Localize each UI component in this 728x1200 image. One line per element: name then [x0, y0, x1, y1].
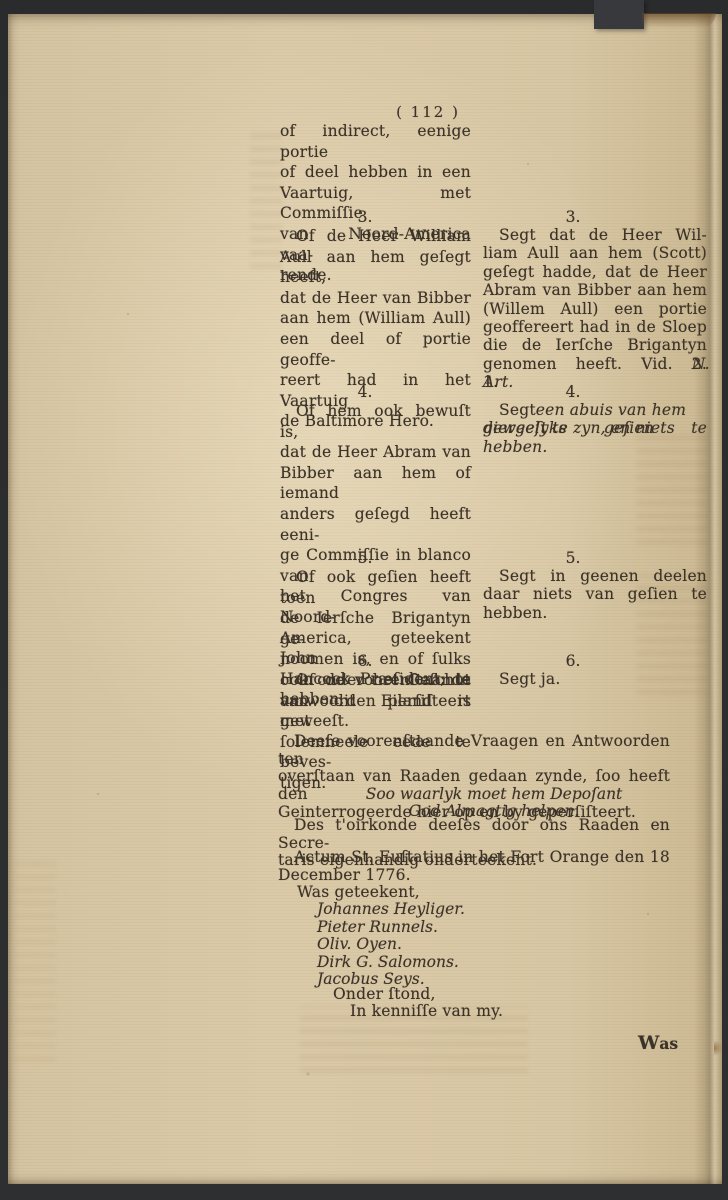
text-line: Aull aan hem geſegt heeft,: [280, 247, 471, 288]
answer-text: Segt een abuis van hemgeweeſt te zyn, en…: [483, 401, 707, 419]
text-line: December 1776.: [278, 867, 670, 885]
signature-list: Johannes Heyliger.Pieter Runnels.Oliv. O…: [317, 901, 597, 989]
show-through-text: [14, 859, 56, 1069]
text-line: Pieter Runnels.: [317, 919, 597, 937]
answer-text: Segt in geenen deelendaar niets van geſi…: [483, 567, 707, 622]
question-number: 4.: [280, 383, 450, 401]
text-line: dat de Heer Abram van: [280, 442, 471, 463]
text-line: geoffereert had in de Sloep: [483, 318, 707, 336]
answer-text: Segt dat de Heer Wil-liam Aull aan hem (…: [483, 226, 707, 392]
onder-stond-label: Onder ſtond,: [333, 985, 436, 1003]
text-line: Dirk G. Salomons.: [317, 954, 597, 972]
answer-number: 5.: [483, 549, 663, 567]
answer-number: 4.: [483, 383, 663, 401]
text-line: of indirect, eenige portie: [280, 121, 471, 162]
italic-text: diergelyks geſien te hebben.: [483, 419, 707, 456]
page-edge-mark: [714, 1040, 723, 1056]
page-curl-shadow: [642, 13, 716, 28]
text-line: Segt een abuis van hem: [483, 401, 707, 419]
text-line: daar niets van geſien te: [483, 585, 707, 603]
question-number: 5.: [280, 549, 450, 567]
answer-number: 3.: [483, 208, 663, 226]
text-line: Oliv. Oyen.: [317, 936, 597, 954]
show-through-text: [250, 126, 282, 276]
text-line: Of de Heer William: [280, 226, 471, 247]
page-number: ( 112 ): [258, 103, 598, 121]
text-line: anders geſegd heeft eeni-: [280, 504, 471, 545]
text-line: Of hem ook bewuſt is,: [280, 401, 471, 442]
text-line: Of de voorenſtaande: [280, 670, 471, 691]
text-line: een deel of portie geoffe-: [280, 329, 471, 370]
text-line: Deeſe voorenſtaande Vraagen en Antwoorde…: [278, 733, 670, 768]
text-line: Soo waarlyk moet hem Depoſant: [287, 786, 701, 803]
answer-text: Segt ja.: [483, 670, 707, 688]
text-line: Abram van Bibber aan hem: [483, 281, 707, 299]
in-kennisse-label: In kenniſſe van my.: [350, 1002, 503, 1020]
text-line: genomen heeft. Vid. N. 2.: [483, 355, 707, 373]
text-line: Segt ja.: [483, 670, 707, 688]
page-fold-shadow: [694, 14, 722, 1184]
text-line: Segt dat de Heer Wil-: [483, 226, 707, 244]
scanner-clip: [594, 0, 644, 29]
answer-number: 6.: [483, 652, 663, 670]
italic-text: een abuis van hem: [536, 401, 686, 419]
actum-paragraph: Actum St. Euſtatius in het Fort Orange d…: [278, 849, 670, 884]
text-line: Johannes Heyliger.: [317, 901, 597, 919]
text-line: de Ierſche Brigantyn ge-: [280, 608, 471, 649]
oath-text: Soo waarlyk moet hem DepoſantGod Almagti…: [287, 786, 701, 820]
text-line: hebben.: [483, 604, 707, 622]
text-line: Bibber aan hem of iemand: [280, 463, 471, 504]
question-number: 6.: [280, 652, 450, 670]
text-line: of deel hebben in een: [280, 162, 471, 183]
book-page: ( 112 ) of indirect, eenige portieof dee…: [8, 14, 722, 1184]
text-line: Of ook geſien heeft toen: [280, 567, 471, 608]
catchword: Was: [638, 1032, 678, 1054]
was-geteekent-label: Was geteekent,: [297, 883, 420, 901]
text-line: aan hem (William Aull): [280, 308, 471, 329]
text-line: Actum St. Euſtatius in het Fort Orange d…: [278, 849, 670, 867]
question-number: 3.: [280, 208, 450, 226]
text-line: (Willem Aull) een portie: [483, 300, 707, 318]
text-line: Segt in geenen deelen: [483, 567, 707, 585]
text-line: antwoorden perſiſteert met: [280, 691, 471, 732]
text-line: geſegt hadde, dat de Heer: [483, 263, 707, 281]
text-line: die de Ierſche Brigantyn: [483, 336, 707, 354]
text-line: dat de Heer van Bibber: [280, 288, 471, 309]
text-line: liam Aull aan hem (Scott): [483, 244, 707, 262]
